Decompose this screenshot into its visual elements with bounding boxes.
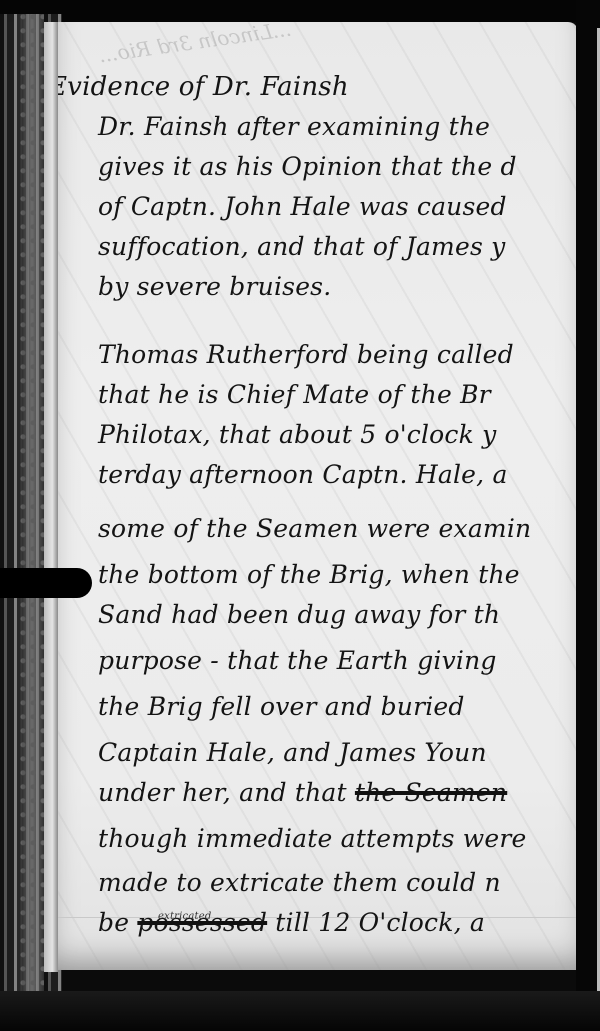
text-line: though immediate attempts were: [58, 819, 528, 859]
text-line: Dr. Fainsh after examining the: [58, 107, 528, 147]
text-line: made to extricate them could n: [58, 863, 528, 903]
text-line: purpose - that the Earth giving: [58, 641, 528, 681]
text-fragment: be: [98, 908, 129, 937]
scanned-manuscript: ...Lincoln 3rd Rio... Evidence of Dr. Fa…: [0, 0, 600, 1031]
binding-clip: [0, 568, 92, 598]
document-heading: Evidence of Dr. Fainsh: [58, 67, 528, 107]
text-line-with-strikeout: under her, and that the Seamen: [58, 773, 528, 813]
text-line: Captain Hale, and James Youn: [58, 733, 528, 773]
text-fragment: till 12 O'clock, a: [275, 908, 485, 937]
struck-out-text: the Seamen: [355, 778, 507, 807]
text-line-with-insertion: extricated be possessed till 12 O'clock,…: [58, 903, 528, 943]
text-fragment: under her, and that: [98, 778, 347, 807]
text-line: by severe bruises.: [58, 267, 528, 307]
interlinear-insertion: extricated: [158, 897, 211, 937]
text-line: suffocation, and that of James y: [58, 227, 528, 267]
scan-right-border: [576, 0, 600, 1031]
text-line: the bottom of the Brig, when the: [58, 555, 528, 595]
text-line: that he is Chief Mate of the Br: [58, 375, 528, 415]
text-line: Philotax, that about 5 o'clock y: [58, 415, 528, 455]
paragraph-2: Thomas Rutherford being called that he i…: [58, 335, 528, 943]
text-line: the Brig fell over and buried: [58, 687, 528, 727]
text-line: Sand had been dug away for th: [58, 595, 528, 635]
manuscript-page: ...Lincoln 3rd Rio... Evidence of Dr. Fa…: [58, 22, 578, 970]
paragraph-1: Dr. Fainsh after examining the gives it …: [58, 107, 528, 307]
scan-bottom-border: [0, 991, 600, 1031]
paragraph-gap: [58, 307, 528, 335]
page-gutter-edge: [44, 22, 58, 972]
text-line: Thomas Rutherford being called: [58, 335, 528, 375]
text-line: gives it as his Opinion that the d: [58, 147, 528, 187]
text-line: terday afternoon Captn. Hale, a: [58, 455, 528, 495]
text-line: some of the Seamen were examin: [58, 509, 528, 549]
scan-top-border: [0, 0, 600, 22]
text-line: of Captn. John Hale was caused: [58, 187, 528, 227]
manuscript-text: Evidence of Dr. Fainsh Dr. Fainsh after …: [58, 67, 528, 943]
